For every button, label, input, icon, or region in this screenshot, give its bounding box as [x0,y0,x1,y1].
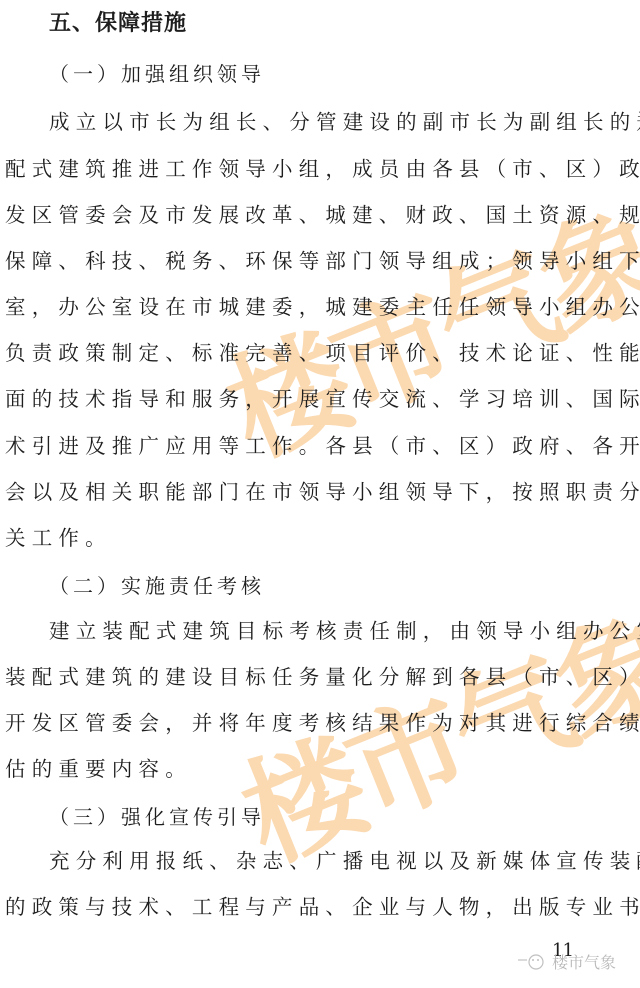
paragraph-line: 成立以市长为组长、分管建设的副市长为副组长的郑州市装 [49,108,640,136]
subsection-title-3: （三）强化宣传引导 [49,801,265,830]
subsection-title-2: （二）实施责任考核 [49,570,265,599]
section-heading: 五、保障措施 [49,6,187,37]
document-page: 楼市气象 楼市气象 五、保障措施 （一）加强组织领导 成立以市长为组长、分管建设… [0,0,640,988]
footer-brand-label: 楼市气象 [552,950,616,973]
subsection-title-1: （一）加强组织领导 [49,58,265,87]
paragraph-line: 配式建筑推进工作领导小组，成员由各县（市、区）政府、各开 [5,155,635,183]
paragraph-line: 开发区管委会，并将年度考核结果作为对其进行综合绩效考核评 [5,709,635,737]
paragraph-line: 关工作。 [5,524,635,552]
footer-brand: 楼市气象 [518,950,616,973]
paragraph-line: 保障、科技、税务、环保等部门领导组成；领导小组下设办公 [5,247,635,275]
paragraph-line: 会以及相关职能部门在市领导小组领导下，按照职责分工做好相 [5,478,635,506]
paragraph-line: 估的重要内容。 [5,755,635,783]
wechat-icon [518,953,550,971]
paragraph-line: 建立装配式建筑目标考核责任制，由领导小组办公室将推进 [49,617,640,645]
paragraph-line: 发区管委会及市发展改革、城建、财政、国土资源、规划、住房 [5,201,635,229]
paragraph-line: 室，办公室设在市城建委，城建委主任任领导小组办公室主任， [5,293,635,321]
paragraph-line: 充分利用报纸、杂志、广播电视以及新媒体宣传装配式建筑 [49,847,640,875]
paragraph-line: 的政策与技术、工程与产品、企业与人物，出版专业书籍和科普 [5,893,635,921]
paragraph-line: 术引进及推广应用等工作。各县（市、区）政府、各开发区管委 [5,432,635,460]
paragraph-line: 负责政策制定、标准完善、项目评价、技术论证、性能认定等方 [5,339,635,367]
paragraph-line: 面的技术指导和服务，开展宣传交流、学习培训、国际合作、技 [5,385,635,413]
paragraph-line: 装配式建筑的建设目标任务量化分解到各县（市、区）政府和各 [5,663,635,691]
